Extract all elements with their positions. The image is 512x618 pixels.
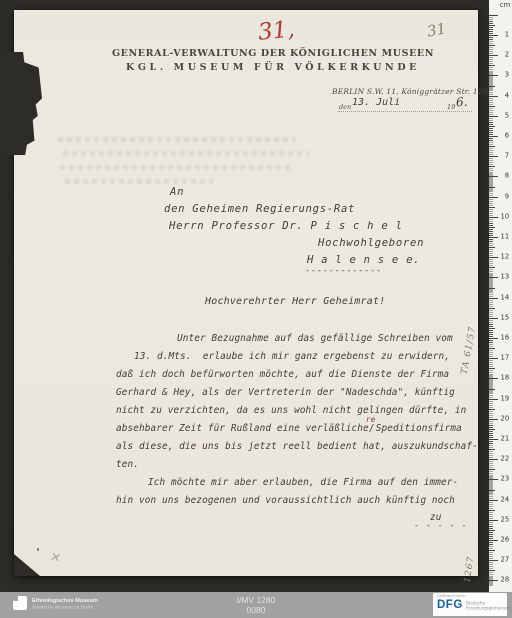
ruler-tick bbox=[489, 409, 495, 410]
ruler-tick bbox=[489, 318, 498, 319]
ruler-tick bbox=[489, 25, 495, 26]
ruler-tick bbox=[489, 479, 498, 480]
ruler-tick bbox=[489, 227, 495, 228]
body-line: 13. d.Mts. erlaube ich mir ganz ergebens… bbox=[134, 351, 450, 362]
ruler-tick bbox=[489, 156, 498, 157]
ruler-tick bbox=[489, 257, 498, 258]
ruler-tick bbox=[489, 540, 498, 541]
printed-year: 19 bbox=[447, 103, 455, 111]
ruler-number: 3 bbox=[505, 71, 509, 79]
ruler-number: 13 bbox=[500, 273, 509, 281]
body-line: als diese, die uns bis jetzt reell bedie… bbox=[116, 441, 478, 452]
body-line: nicht zu verzichten, da es uns wohl nich… bbox=[116, 405, 466, 416]
salutation: Hochverehrter Herr Geheimrat! bbox=[205, 296, 385, 307]
ruler-tick bbox=[489, 510, 495, 511]
ruler-tick bbox=[489, 328, 495, 329]
recipient-line: H a l e n s e e. bbox=[307, 254, 420, 266]
ruler-tick bbox=[489, 86, 495, 87]
ruler-tick bbox=[489, 126, 495, 127]
body-line-part: Speditionsfirma bbox=[376, 423, 462, 434]
ruler-tick bbox=[489, 15, 498, 16]
ruler-tick bbox=[489, 459, 498, 460]
body-line: daß ich doch befürworten möchte, auf die… bbox=[116, 369, 449, 380]
ruler-number: 12 bbox=[500, 253, 509, 261]
ruler-number: 27 bbox=[500, 556, 509, 564]
ruler-tick bbox=[489, 146, 495, 147]
ruler-tick bbox=[489, 550, 495, 551]
handwritten-year-digit: 6. bbox=[456, 95, 468, 110]
body-line: Unter Bezugnahme auf das gefällige Schre… bbox=[177, 333, 453, 344]
ruler-number: 16 bbox=[500, 334, 509, 342]
letterhead-line1: GENERAL-VERWALTUNG DER KÖNIGLICHEN MUSEE… bbox=[112, 48, 434, 59]
ruler-tick bbox=[489, 378, 498, 379]
pencil-folio-number: 31 bbox=[426, 19, 448, 40]
ruler-tick bbox=[489, 439, 498, 440]
dfg-name-line2: Forschungsgemeinschaft bbox=[466, 606, 512, 611]
ruler-number: 19 bbox=[500, 394, 509, 402]
bleed-through-text bbox=[60, 165, 290, 170]
ruler-number: 26 bbox=[500, 536, 509, 544]
ruler-tick bbox=[489, 288, 495, 289]
ruler-tick bbox=[489, 45, 495, 46]
date-rule bbox=[338, 111, 472, 112]
ruler-tick bbox=[489, 399, 498, 400]
cm-ruler: cm 1234567891011121314151617181920212223… bbox=[489, 0, 512, 592]
ruler-number: 8 bbox=[505, 172, 509, 180]
inserted-text: re bbox=[366, 415, 376, 424]
ruler-number: 28 bbox=[500, 576, 509, 584]
ruler-number: 7 bbox=[505, 152, 509, 160]
ruler-tick bbox=[489, 207, 495, 208]
ruler-tick bbox=[489, 166, 495, 167]
recipient-line: den Geheimen Regierungs-Rat bbox=[164, 203, 355, 215]
ruler-tick bbox=[489, 469, 495, 470]
body-line: Gerhard & Hey, als der Vertreterin der "… bbox=[116, 387, 455, 398]
dfg-name-line1: Deutsche bbox=[466, 601, 485, 606]
ruler-tick bbox=[489, 237, 498, 238]
ruler-number: 4 bbox=[505, 91, 509, 99]
ruler-unit-label: cm bbox=[500, 1, 510, 9]
ruler-tick bbox=[489, 96, 498, 97]
ruler-tick bbox=[489, 520, 498, 521]
ruler-number: 20 bbox=[500, 414, 509, 422]
letterhead-line2: KGL. MUSEUM FÜR VÖLKERKUNDE bbox=[126, 62, 420, 73]
ruler-tick bbox=[489, 419, 498, 420]
ruler-number: 11 bbox=[500, 233, 509, 241]
ruler-number: 15 bbox=[500, 313, 509, 321]
ruler-tick bbox=[489, 308, 495, 309]
ruler-tick bbox=[489, 75, 498, 76]
recipient-line: Herrn Professor Dr. P i s c h e l bbox=[169, 220, 403, 232]
body-line-with-insertion: absehbarer Zeit für Rußland eine verläßl… bbox=[116, 423, 462, 434]
dfg-abbreviation: DFG bbox=[437, 599, 463, 611]
ruler-tick bbox=[489, 35, 498, 36]
body-line: ten. bbox=[116, 459, 139, 470]
ruler-tick bbox=[489, 55, 498, 56]
ruler-tick bbox=[489, 187, 495, 188]
ruler-tick bbox=[489, 217, 498, 218]
dfg-funded-by-label: Gefördert durch bbox=[437, 594, 466, 598]
pencil-dot bbox=[37, 548, 39, 551]
ruler-tick bbox=[489, 389, 495, 390]
red-folio-number: 31, bbox=[257, 16, 296, 46]
ruler-tick bbox=[489, 298, 498, 299]
ruler-tick bbox=[489, 338, 498, 339]
ruler-number: 25 bbox=[500, 515, 509, 523]
ruler-number: 17 bbox=[500, 354, 509, 362]
body-line: hin von uns bezogenen und voraussichtlic… bbox=[116, 495, 455, 506]
ruler-number: 24 bbox=[500, 495, 509, 503]
ruler-number: 10 bbox=[500, 212, 509, 220]
ruler-tick bbox=[489, 176, 498, 177]
ruler-number: 6 bbox=[505, 132, 509, 140]
ruler-tick bbox=[489, 65, 495, 66]
ruler-tick bbox=[489, 197, 498, 198]
ruler-number: 1 bbox=[505, 31, 509, 39]
ruler-tick bbox=[489, 449, 495, 450]
bleed-through-text bbox=[65, 179, 213, 184]
typed-date: 13. Juli bbox=[352, 97, 400, 108]
ruler-tick bbox=[489, 106, 495, 107]
ruler-number: 14 bbox=[500, 293, 509, 301]
recipient-line: An bbox=[170, 186, 184, 198]
date-prefix: den bbox=[339, 103, 351, 111]
ruler-tick bbox=[489, 277, 498, 278]
ruler-number: 21 bbox=[500, 435, 509, 443]
insertion-caret: re/ bbox=[369, 423, 376, 434]
ruler-number: 5 bbox=[505, 111, 509, 119]
ruler-number: 18 bbox=[500, 374, 509, 382]
ruler-tick bbox=[489, 560, 498, 561]
body-line: Ich möchte mir aber erlauben, die Firma … bbox=[148, 477, 458, 488]
ruler-tick bbox=[489, 580, 498, 581]
ruler-tick bbox=[489, 116, 498, 117]
ruler-tick bbox=[489, 348, 495, 349]
ruler-tick bbox=[489, 500, 498, 501]
bleed-through-text bbox=[63, 151, 309, 156]
ruler-tick bbox=[489, 358, 498, 359]
recipient-line: Hochwohlgeboren bbox=[318, 237, 424, 249]
scanned-letter-view: 31, 31 GENERAL-VERWALTUNG DER KÖNIGLICHE… bbox=[0, 0, 512, 618]
bleed-through-text bbox=[58, 137, 296, 142]
ruler-tick bbox=[489, 247, 495, 248]
ruler-tick bbox=[489, 490, 495, 491]
recipient-underline: ------------- bbox=[305, 266, 382, 276]
ruler-tick bbox=[489, 368, 495, 369]
insertion-slash: / bbox=[369, 423, 375, 434]
ruler-number: 22 bbox=[500, 455, 509, 463]
dfg-logo: Gefördert durch DFG Deutsche Forschungsg… bbox=[433, 593, 507, 616]
ruler-tick bbox=[489, 530, 495, 531]
ruler-tick bbox=[489, 136, 498, 137]
ruler-number: 9 bbox=[505, 192, 509, 200]
catchword-underline: - - - - - bbox=[414, 521, 467, 531]
ruler-number: 2 bbox=[505, 51, 509, 59]
body-line-part: absehbarer Zeit für Rußland eine verläßl… bbox=[116, 423, 369, 434]
ruler-tick bbox=[489, 570, 495, 571]
ruler-tick bbox=[489, 429, 495, 430]
archive-footer-bar: Ethnologisches Museum Staatliche Museen … bbox=[0, 592, 512, 618]
ruler-number: 23 bbox=[500, 475, 509, 483]
ruler-tick bbox=[489, 267, 495, 268]
